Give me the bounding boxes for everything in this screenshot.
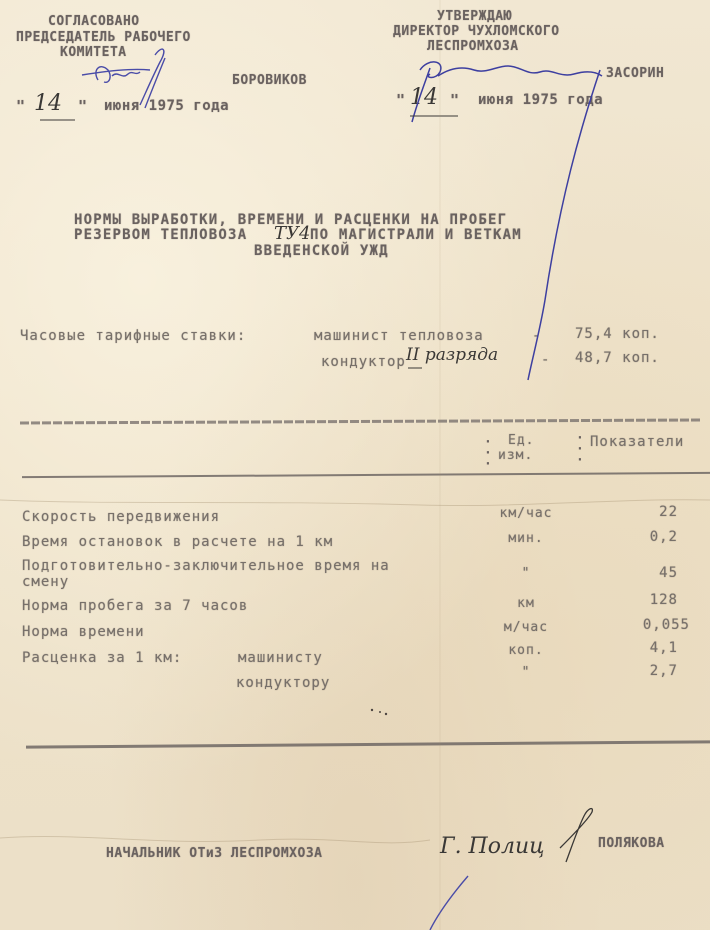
ink-stroke-bottom-icon (430, 876, 468, 930)
tariff-role-2-grade: II разряда (406, 345, 498, 365)
tariff-role-2: кондуктор (321, 354, 406, 370)
paper-creases (0, 0, 710, 930)
tariff-value-2: 48,7 коп. (575, 350, 660, 366)
tariff-role-1: машинист тепловоза (314, 328, 484, 344)
row-value: 0,2 (600, 529, 678, 545)
approval-right-date-day: 14 (410, 85, 438, 110)
tariff-dash-1: - (532, 328, 541, 344)
approval-right-name: ЗАСОРИН (606, 66, 664, 81)
footer-position: НАЧАЛЬНИК ОТиЗ ЛЕСПРОМХОЗА (106, 846, 323, 861)
approval-right-heading: УТВЕРЖДАЮ (437, 9, 512, 24)
approval-left-name: БОРОВИКОВ (232, 73, 307, 88)
row-name: Время остановок в расчете на 1 км (22, 534, 333, 550)
table-bottom-rule (26, 740, 710, 748)
row-name: Скорость передвижения (22, 509, 220, 525)
row-name: Норма времени (22, 624, 145, 640)
table-header-unit-line-2: изм. (498, 448, 533, 463)
approval-right-position: ДИРЕКТОР ЧУХЛОМСКОГО (393, 24, 560, 39)
row-value: 2,7 (600, 663, 678, 679)
title-line-3: ВВЕДЕНСКОЙ УЖД (254, 243, 389, 259)
row-subname: кондуктору (236, 675, 330, 691)
row-name: Подготовительно-заключительное время на (22, 558, 390, 574)
table-column-separator: ··· (484, 437, 487, 470)
approval-left-date-day: 14 (34, 91, 62, 116)
row-value: 22 (600, 504, 678, 520)
row-unit: км/час (486, 506, 566, 521)
table-header-value: Показатели (590, 434, 684, 450)
approval-right-position-cont: ЛЕСПРОМХОЗА (427, 39, 519, 54)
row-name: Норма пробега за 7 часов (22, 598, 248, 614)
approval-right-date-close-quote: " (450, 91, 460, 109)
approval-left-date-month-year: июня 1975 года (104, 98, 229, 114)
signature-footer-icon (560, 809, 592, 862)
approval-left-heading: СОГЛАСОВАНО (48, 14, 140, 29)
row-value: 128 (600, 592, 678, 608)
footer-signature: Г. Полиц (440, 834, 545, 859)
table-column-separator: ··· (576, 433, 579, 466)
row-value: 4,1 (600, 640, 678, 656)
footer-name: ПОЛЯКОВА (598, 836, 665, 851)
row-subname: машинисту (238, 650, 323, 666)
row-unit: мин. (486, 531, 566, 546)
approval-left-date-close-quote: " (78, 97, 88, 115)
approval-right-date-open-quote: " (396, 91, 406, 109)
row-unit: " (486, 566, 566, 581)
title-handwritten-model: ТУ4 (274, 223, 310, 244)
row-value: 0,055 (600, 617, 690, 633)
row-name-continued: смену (22, 574, 69, 590)
approval-right-date-month-year: июня 1975 года (478, 92, 603, 108)
row-unit: м/час (486, 620, 566, 635)
row-unit: " (486, 665, 566, 680)
tariff-label: Часовые тарифные ставки: (20, 328, 246, 344)
row-unit: коп. (486, 643, 566, 658)
row-unit: км (486, 596, 566, 611)
approval-left-position-cont: КОМИТЕТА (60, 45, 127, 60)
row-value: 45 (600, 565, 678, 581)
table-top-dashed-rule (20, 419, 700, 425)
approval-left-date-open-quote: " (16, 97, 26, 115)
table-header-unit-line-1: Ед. (508, 433, 534, 448)
table-header-rule (22, 472, 710, 478)
approval-left-position: ПРЕДСЕДАТЕЛЬ РАБОЧЕГО (16, 30, 191, 45)
ink-signature-strokes (0, 0, 710, 930)
title-line-2a: РЕЗЕРВОМ ТЕПЛОВОЗА (74, 227, 247, 243)
tariff-dash-2: - (541, 352, 550, 368)
row-name: Расценка за 1 км: (22, 650, 182, 666)
ink-specks (371, 709, 387, 715)
title-line-2b: ПО МАГИСТРАЛИ И ВЕТКАМ (310, 227, 522, 243)
tariff-value-1: 75,4 коп. (575, 326, 660, 342)
